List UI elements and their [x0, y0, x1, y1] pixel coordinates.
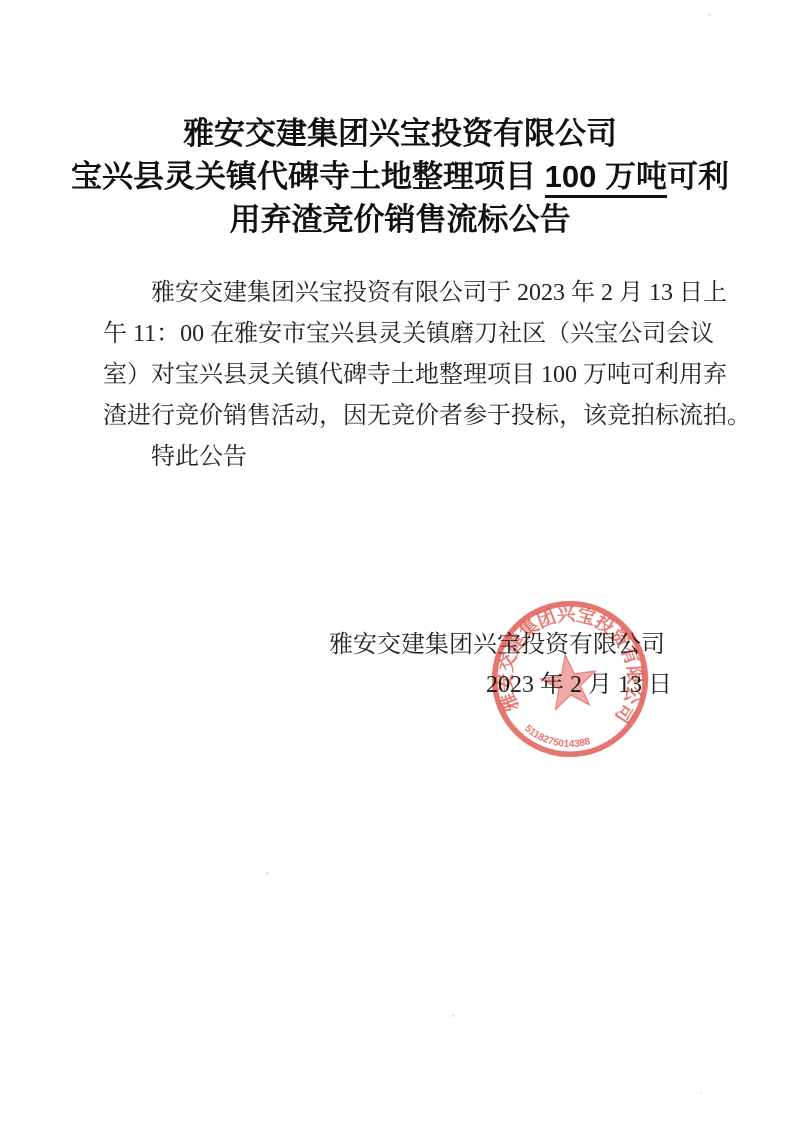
- title-line-2-suffix: 可利: [667, 159, 729, 194]
- body-closing: 特此公告: [103, 437, 703, 478]
- svg-text:5118275014388: 5118275014388: [520, 722, 594, 755]
- title-line-2-prefix: 宝兴县灵关镇代碑寺土地整理项目: [71, 159, 545, 194]
- document-title: 雅安交建集团兴宝投资有限公司 宝兴县灵关镇代碑寺土地整理项目 100 万吨可利 …: [0, 112, 800, 241]
- title-line-2: 宝兴县灵关镇代碑寺土地整理项目 100 万吨可利: [0, 155, 800, 198]
- scan-speck: [708, 13, 711, 16]
- body-line-4: 渣进行竞价销售活动，因无竞价者参于投标，该竞拍标流拍。: [103, 396, 703, 437]
- title-line-1: 雅安交建集团兴宝投资有限公司: [0, 112, 800, 155]
- title-line-3: 用弃渣竞价销售流标公告: [0, 198, 800, 241]
- title-line-2-underlined-quantity: 100 万吨: [545, 159, 667, 198]
- scan-speck: [452, 1014, 455, 1017]
- signature-date: 2023 年 2 月 13 日: [486, 672, 672, 698]
- announcement-page: 雅安交建集团兴宝投资有限公司 宝兴县灵关镇代碑寺土地整理项目 100 万吨可利 …: [0, 0, 800, 1130]
- body-line-2: 午 11：00 在雅安市宝兴县灵关镇磨刀社区（兴宝公司会议: [103, 314, 703, 355]
- signature-company: 雅安交建集团兴宝投资有限公司: [329, 632, 665, 658]
- document-body: 雅安交建集团兴宝投资有限公司于 2023 年 2 月 13 日上 午 11：00…: [103, 273, 703, 478]
- svg-text:雅安交建集团兴宝投资有限公司: 雅安交建集团兴宝投资有限公司: [487, 591, 658, 738]
- body-line-1: 雅安交建集团兴宝投资有限公司于 2023 年 2 月 13 日上: [103, 273, 703, 314]
- scan-speck: [266, 872, 269, 875]
- seal-ring-text: 雅安交建集团兴宝投资有限公司: [487, 591, 658, 738]
- body-line-3: 室）对宝兴县灵关镇代碑寺土地整理项目 100 万吨可利用弃: [103, 355, 703, 396]
- scan-speck: [700, 1092, 702, 1094]
- seal-code: 5118275014388: [520, 722, 594, 755]
